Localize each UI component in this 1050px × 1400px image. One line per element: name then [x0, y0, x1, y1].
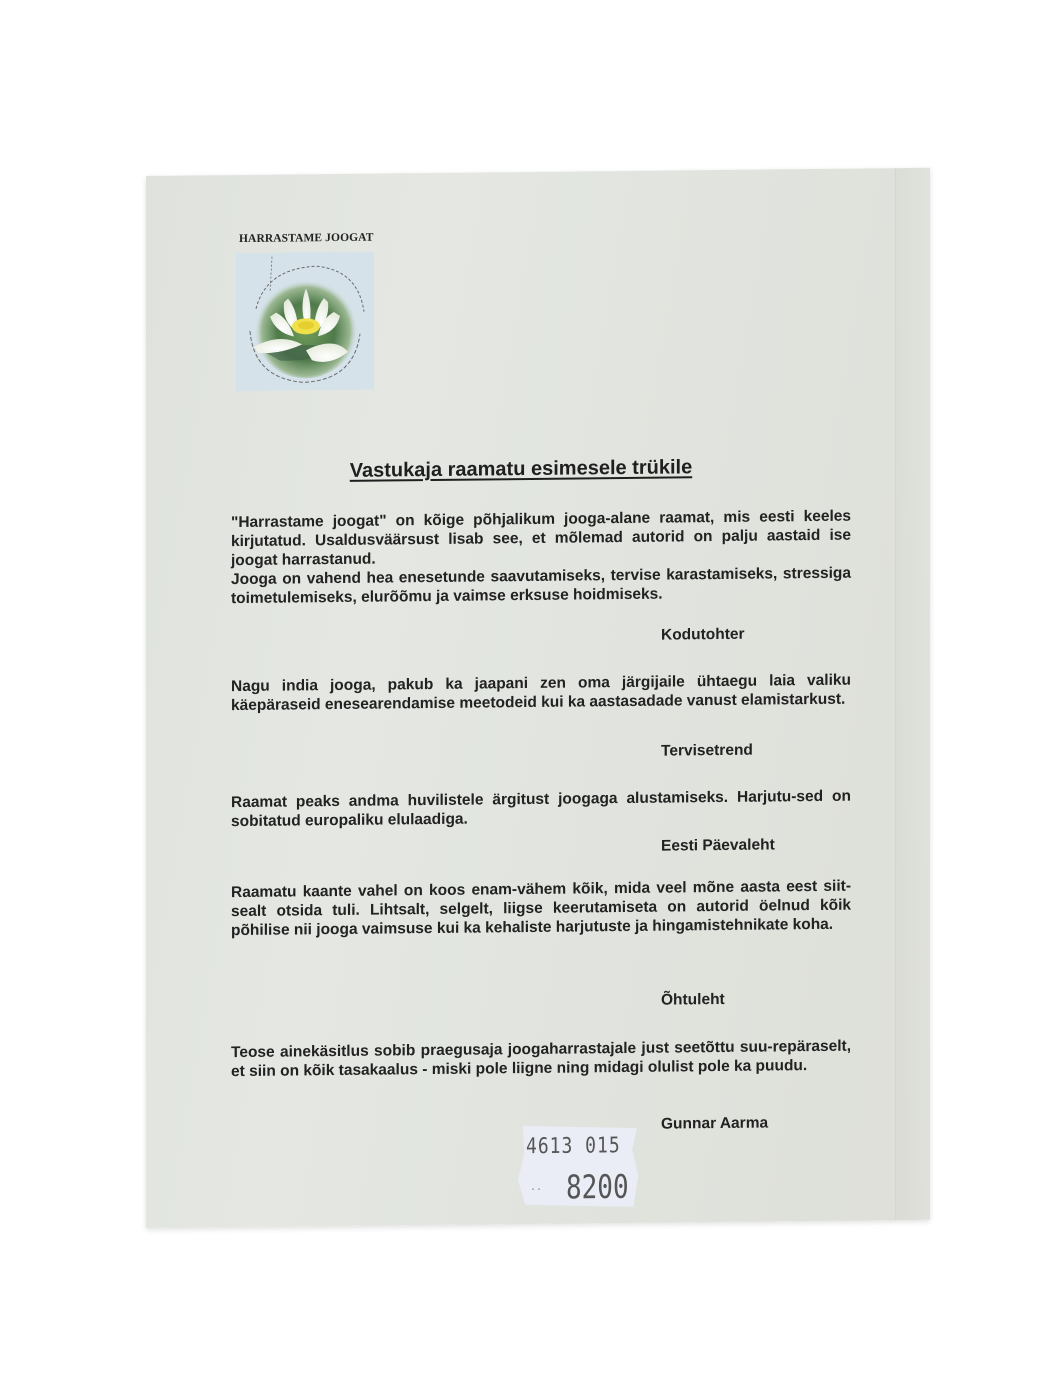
water-lily-icon — [236, 252, 374, 391]
price-marks: .. — [530, 1182, 542, 1193]
review-text: Teose ainekäsitlus sobib praegusaja joog… — [231, 1037, 851, 1081]
review-source: Gunnar Aarma — [661, 1114, 768, 1133]
price-code: 4613 015 — [526, 1133, 621, 1159]
review-source: Eesti Päevaleht — [661, 836, 775, 855]
price-value: 8200 — [566, 1169, 629, 1207]
review-text: "Harrastame joogat" on kõige põhjalikum … — [231, 507, 851, 608]
heading-text: Vastukaja raamatu esimesele trükile — [350, 456, 692, 482]
review-text: Nagu india jooga, pakub ka jaapani zen o… — [231, 671, 851, 715]
page-heading: Vastukaja raamatu esimesele trükile — [146, 454, 896, 485]
price-sticker: 4613 015 .. 8200 — [518, 1125, 642, 1208]
book-back-cover: HARRASTAME JOOGAT — [146, 168, 930, 1228]
review-paragraph: Jooga on vahend hea enesetunde saavutami… — [231, 564, 851, 608]
review-source: Tervisetrend — [661, 742, 753, 761]
review-source: Kodutohter — [661, 626, 745, 645]
review-text: Raamat peaks andma huvilistele ärgitust … — [231, 787, 851, 831]
series-title: HARRASTAME JOOGAT — [239, 232, 374, 245]
review-paragraph: "Harrastame joogat" on kõige põhjalikum … — [231, 507, 851, 570]
review-source: Õhtuleht — [661, 991, 725, 1010]
review-text: Raamatu kaante vahel on koos enam-vähem … — [231, 877, 851, 940]
